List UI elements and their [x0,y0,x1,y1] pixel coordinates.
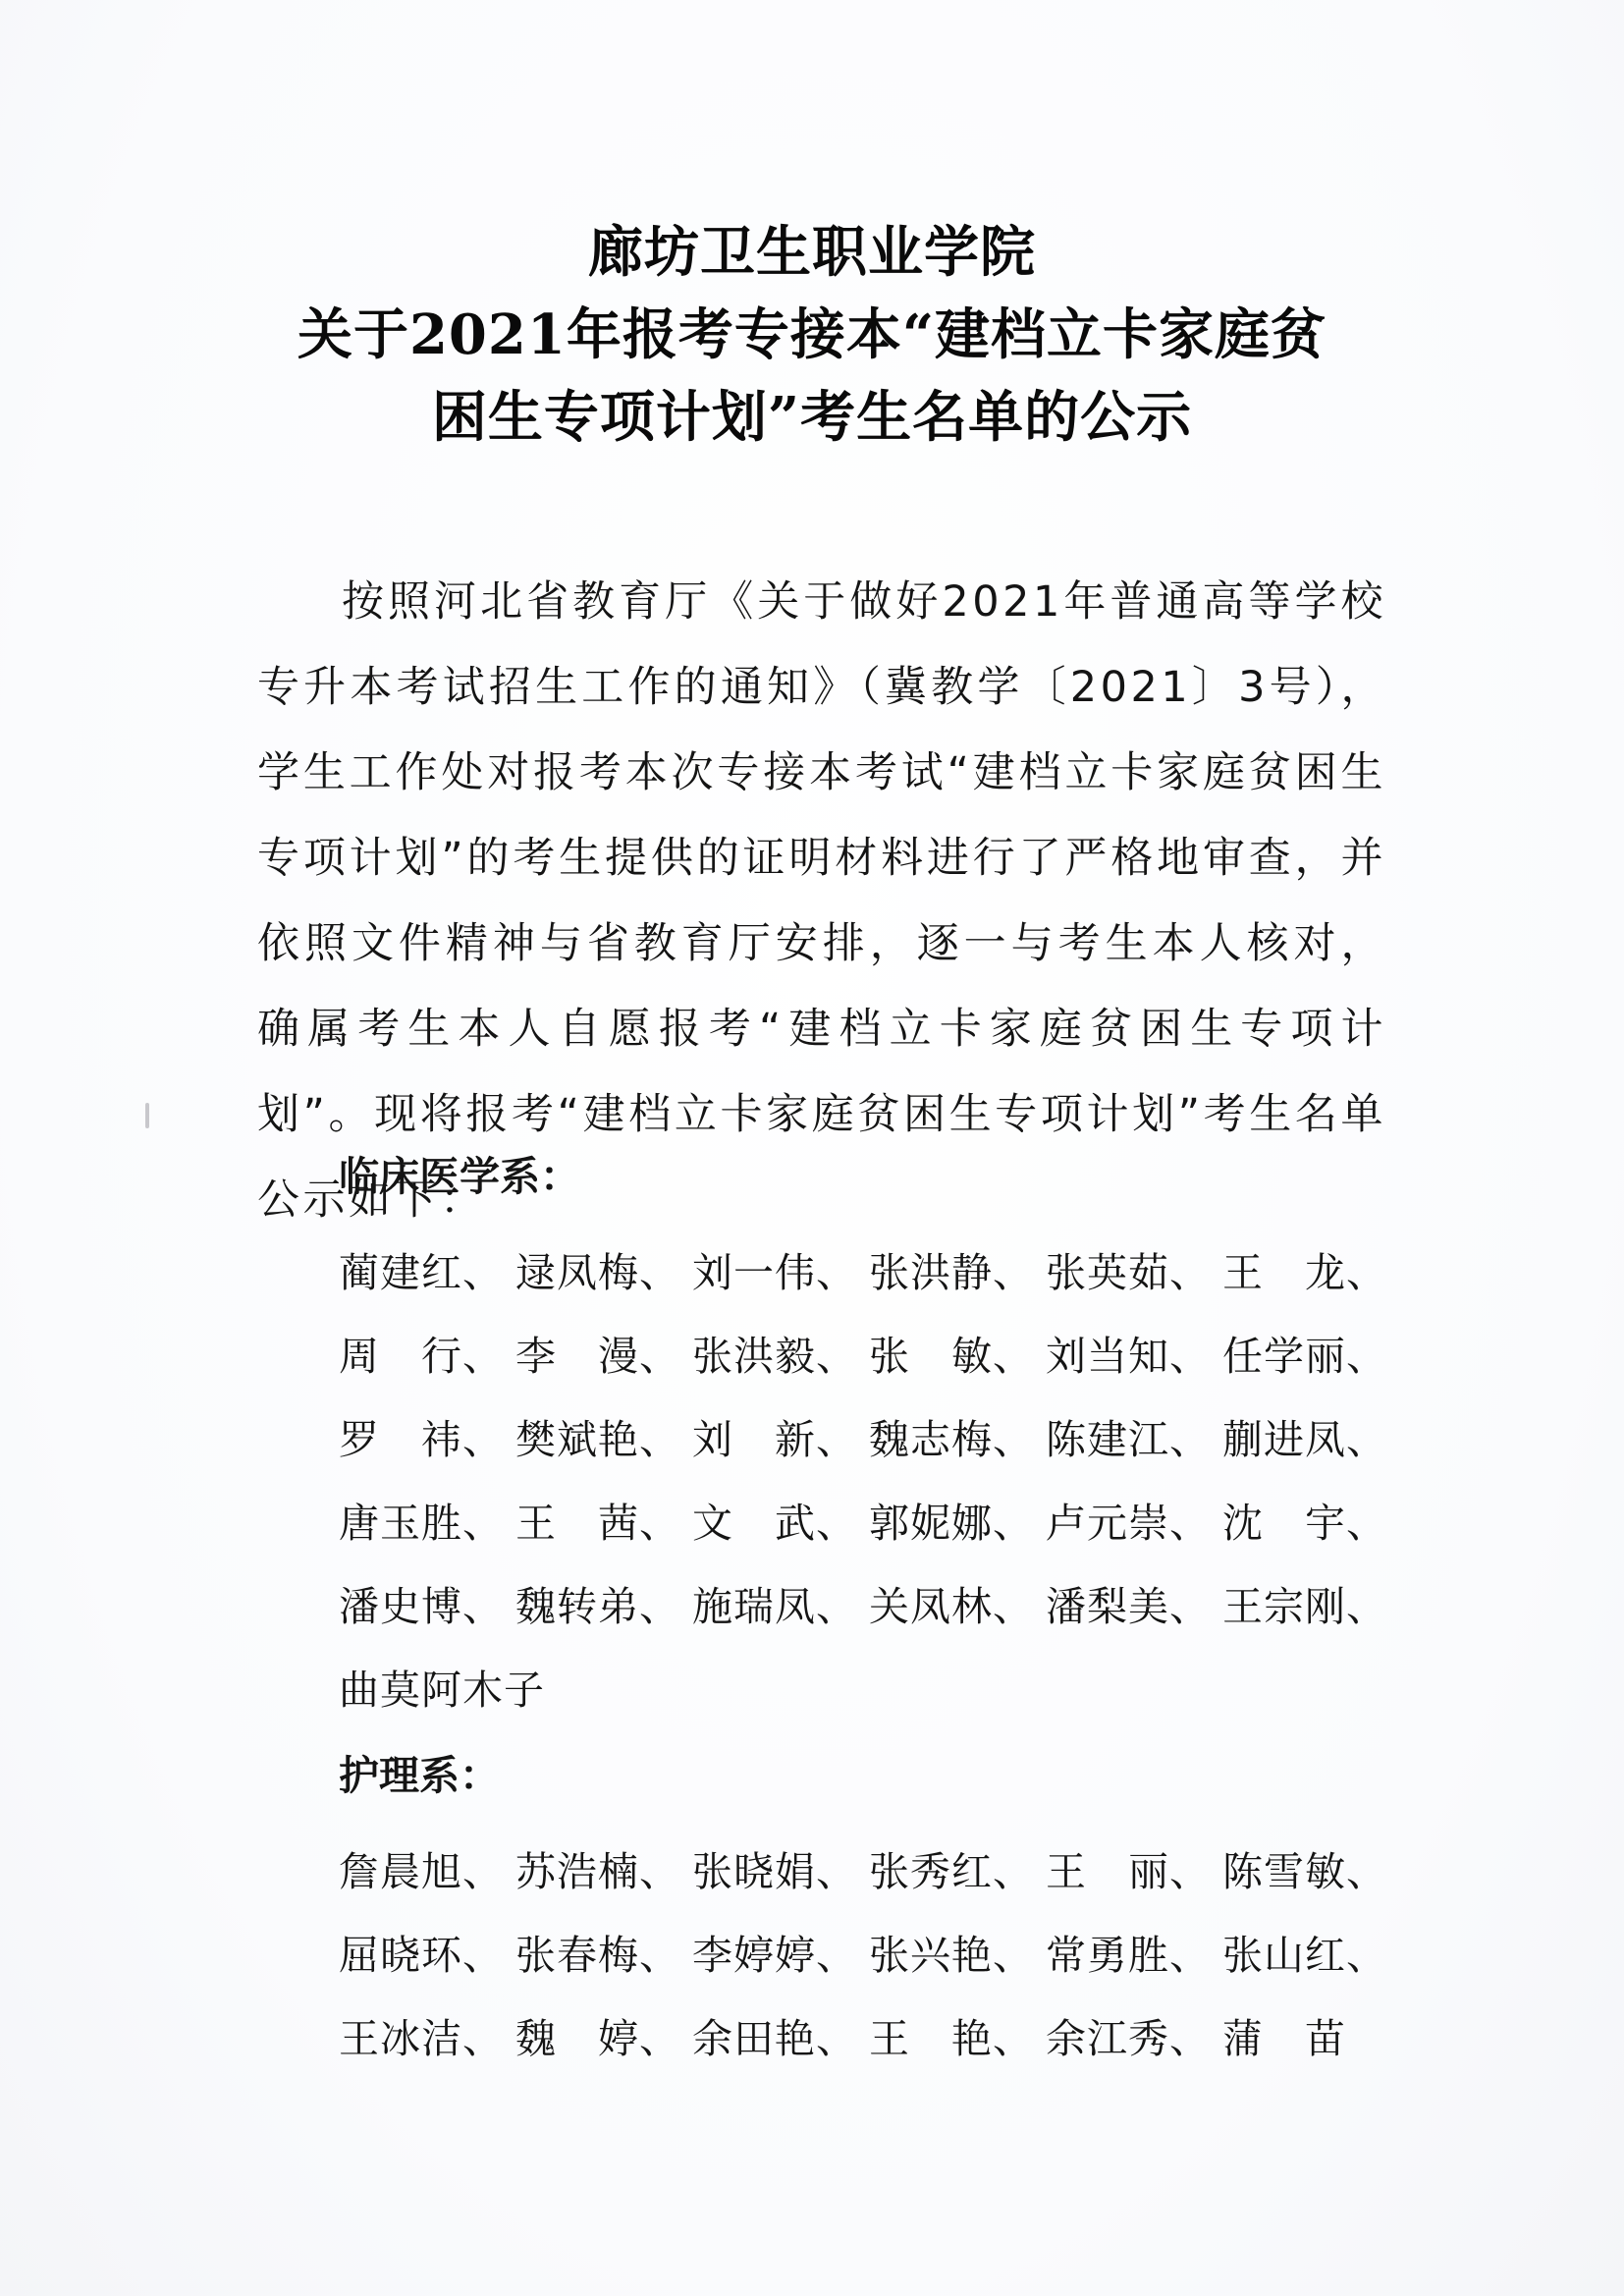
list-item: 李婷婷、 [692,1914,869,1997]
title-line-3: 困生专项计划”考生名单的公示 [0,376,1624,459]
list-item: 关凤林、 [869,1565,1046,1649]
title-line-2: 关于2021年报考专接本“建档立卡家庭贫 [0,294,1624,376]
list-item: 余田艳、 [692,1997,869,2081]
section-nursing: 护理系： 詹晨旭、 苏浩楠、 张晓娟、 张秀红、 王 丽、 陈雪敏、 屈晓环、 … [339,1746,1399,2081]
list-item: 卢元崇、 [1046,1482,1222,1565]
list-item: 逯凤梅、 [515,1231,692,1315]
list-item: 沈 宇、 [1222,1482,1399,1565]
list-item: 张山红、 [1222,1914,1399,1997]
list-item: 魏志梅、 [869,1398,1046,1482]
list-item: 潘史博、 [339,1565,515,1649]
list-item: 王 丽、 [1046,1831,1222,1914]
list-item: 蒯进凤、 [1222,1398,1399,1482]
list-item: 周 行、 [339,1315,515,1398]
document-title: 廊坊卫生职业学院 关于2021年报考专接本“建档立卡家庭贫 困生专项计划”考生名… [0,211,1624,459]
list-item: 刘 新、 [692,1398,869,1482]
section-clinical-medicine: 临床医学系： 蔺建红、 逯凤梅、 刘一伟、 张洪静、 张英茹、 王 龙、 周 行… [339,1147,1399,1732]
name-list: 蔺建红、 逯凤梅、 刘一伟、 张洪静、 张英茹、 王 龙、 周 行、 李 漫、 … [339,1231,1399,1732]
list-item: 张洪静、 [869,1231,1046,1315]
list-item: 王宗刚、 [1222,1565,1399,1649]
list-item: 魏 婷、 [515,1997,692,2081]
list-item: 张秀红、 [869,1831,1046,1914]
list-item: 张春梅、 [515,1914,692,1997]
list-item: 李 漫、 [515,1315,692,1398]
list-item: 蒲 苗 [1222,1997,1399,2081]
list-item: 常勇胜、 [1046,1914,1222,1997]
list-item: 郭妮娜、 [869,1482,1046,1565]
scan-artifact-mark [145,1103,149,1128]
list-item: 曲莫阿木子 [339,1649,633,1732]
list-item: 任学丽、 [1222,1315,1399,1398]
list-item: 樊斌艳、 [515,1398,692,1482]
list-item: 陈建江、 [1046,1398,1222,1482]
list-item: 张晓娟、 [692,1831,869,1914]
list-item: 潘梨美、 [1046,1565,1222,1649]
section-heading: 护理系： [339,1746,1399,1805]
list-item: 蔺建红、 [339,1231,515,1315]
title-line-institution: 廊坊卫生职业学院 [0,211,1624,294]
list-item: 魏转弟、 [515,1565,692,1649]
section-heading: 临床医学系： [339,1147,1399,1206]
list-item: 王 茜、 [515,1482,692,1565]
list-item: 张洪毅、 [692,1315,869,1398]
list-item: 张兴艳、 [869,1914,1046,1997]
list-item: 张英茹、 [1046,1231,1222,1315]
list-item: 刘当知、 [1046,1315,1222,1398]
list-item: 屈晓环、 [339,1914,515,1997]
name-list: 詹晨旭、 苏浩楠、 张晓娟、 张秀红、 王 丽、 陈雪敏、 屈晓环、 张春梅、 … [339,1831,1399,2081]
list-item: 王 龙、 [1222,1231,1399,1315]
list-item: 张 敏、 [869,1315,1046,1398]
document-page: 廊坊卫生职业学院 关于2021年报考专接本“建档立卡家庭贫 困生专项计划”考生名… [0,0,1624,2296]
list-item: 王冰洁、 [339,1997,515,2081]
list-item: 施瑞凤、 [692,1565,869,1649]
list-item: 罗 祎、 [339,1398,515,1482]
body-paragraph: 按照河北省教育厅《关于做好2021年普通高等学校专升本考试招生工作的通知》（冀教… [257,560,1386,1243]
list-item: 苏浩楠、 [515,1831,692,1914]
list-item: 陈雪敏、 [1222,1831,1399,1914]
list-item: 詹晨旭、 [339,1831,515,1914]
list-item: 余江秀、 [1046,1997,1222,2081]
list-item: 文 武、 [692,1482,869,1565]
list-item: 唐玉胜、 [339,1482,515,1565]
list-item: 刘一伟、 [692,1231,869,1315]
list-item: 王 艳、 [869,1997,1046,2081]
